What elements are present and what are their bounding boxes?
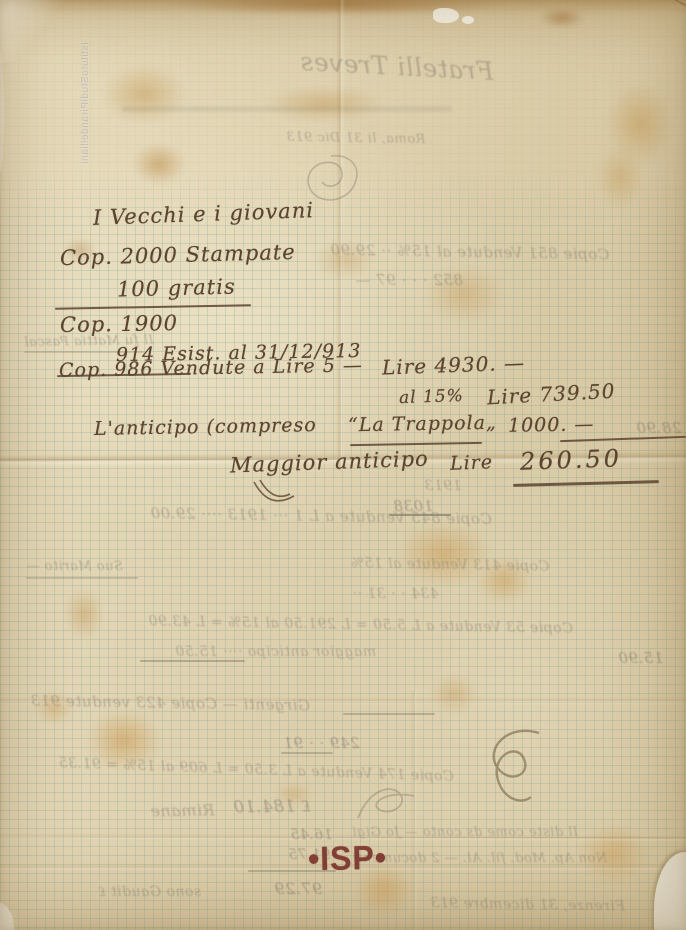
ghost-underline bbox=[140, 660, 245, 662]
ghost-amount: ₤ 184.10 bbox=[233, 796, 311, 817]
handwriting-amount: Lire 4930. — bbox=[382, 351, 526, 380]
archive-watermark-vertical: IstitutoStudiPirandelliani bbox=[80, 42, 91, 202]
handwriting-line: al 15% bbox=[399, 386, 464, 408]
ghost-ledger-row: 434 · · 31 ·· bbox=[352, 586, 439, 602]
ghost-underline bbox=[26, 577, 138, 579]
ghost-word: Rimane bbox=[150, 800, 215, 820]
ghost-flourish bbox=[352, 782, 422, 828]
ghost-date-line: Roma, li 31 Dic 913 bbox=[286, 130, 426, 147]
torn-edge-notch bbox=[462, 16, 474, 24]
handwriting-line: L'anticipo (compreso bbox=[94, 414, 317, 440]
ghost-note-line: Firenze, 31 dicembre 913 bbox=[430, 895, 625, 914]
isp-archive-stamp: •ISP• bbox=[308, 838, 388, 878]
ghost-note-line: sono Gaudit ₤ bbox=[98, 884, 201, 901]
ghost-flourish bbox=[477, 727, 552, 809]
handwriting-line: Cop. 1900 bbox=[60, 311, 178, 337]
ghost-amount: 28.90 bbox=[636, 419, 681, 437]
ghost-underline bbox=[281, 752, 333, 754]
ghost-ledger-row: 852 · · · 97 — bbox=[355, 271, 463, 289]
torn-edge-notch bbox=[433, 8, 459, 23]
ghost-book-title: Suo Marito — bbox=[26, 559, 123, 574]
ghost-note-line: Non Ap. Mod. fil. Al. — 2 documenti bbox=[352, 851, 607, 866]
handwriting-line: 100 gratis bbox=[117, 274, 236, 301]
ghost-printed-letterhead-line bbox=[122, 106, 452, 112]
ghost-amount: 15.90 bbox=[618, 649, 663, 667]
handwriting-book-title: “La Trappola„ bbox=[348, 412, 497, 437]
ghost-amount: 249 · · 91 bbox=[283, 734, 360, 752]
handwriting-total-amount: 260.50 bbox=[520, 444, 623, 476]
ghost-amount: 97.29 bbox=[274, 879, 322, 898]
ghost-underline bbox=[343, 713, 435, 715]
ghost-ledger-row: maggior anticipo ···· 15.50 bbox=[175, 644, 376, 660]
scanned-manuscript: Fratelli Treves Roma, li 31 Dic 913 Copi… bbox=[0, 0, 686, 930]
ghost-amount: 1913 bbox=[424, 478, 462, 494]
handwriting-amount: 1000. — bbox=[508, 413, 595, 437]
handwriting-line: Lire bbox=[450, 451, 494, 474]
ink-paraph-flourish bbox=[250, 478, 298, 508]
